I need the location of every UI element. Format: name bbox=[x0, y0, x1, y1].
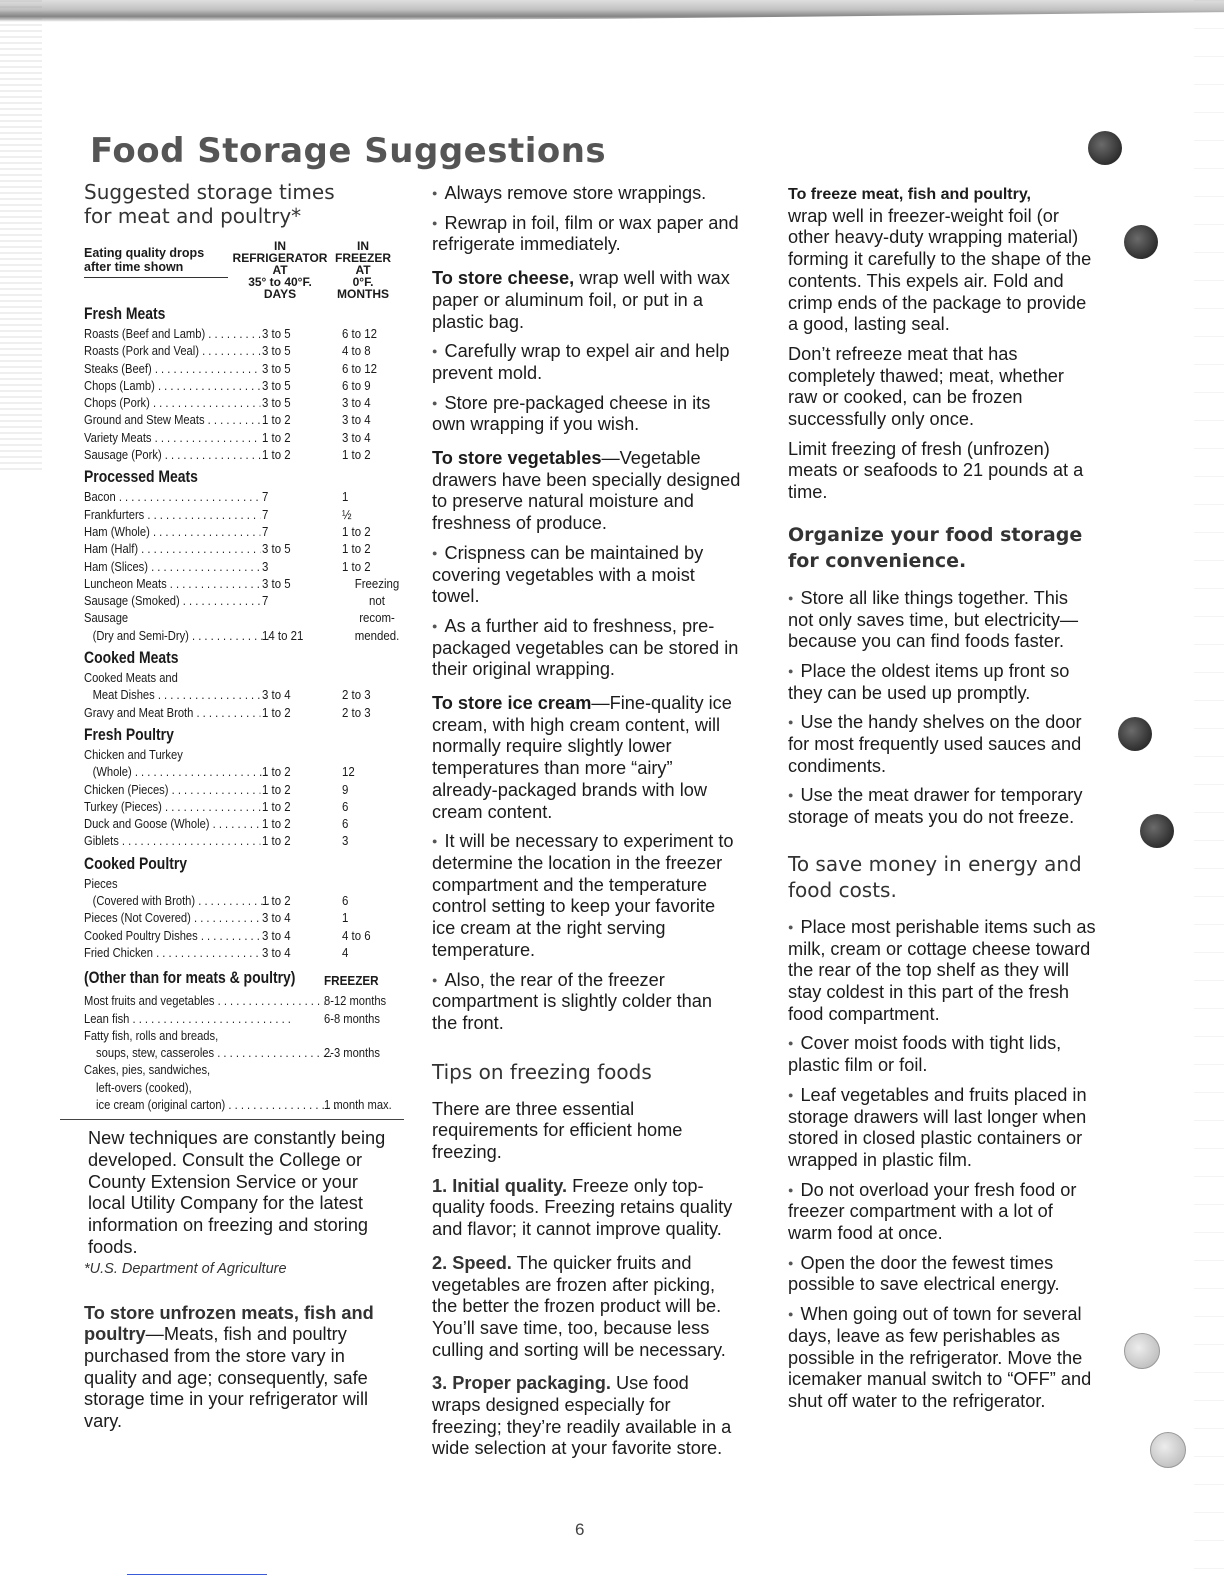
binder-hole-icon bbox=[1150, 1432, 1186, 1468]
refrigerator-days bbox=[262, 609, 332, 626]
refrigerator-days: 7 bbox=[262, 488, 332, 505]
tip-item: 1. Initial quality. Freeze only top-qual… bbox=[432, 1176, 742, 1241]
scan-edge-right bbox=[1194, 0, 1224, 1584]
food-item: Cakes, pies, sandwiches, bbox=[84, 1061, 325, 1078]
food-item: Ground and Stew Meats . . . . . . . . . … bbox=[84, 411, 260, 428]
freezer-months bbox=[342, 746, 404, 763]
binder-hole-icon bbox=[1124, 225, 1158, 259]
freezer-months: 2 to 3 bbox=[342, 686, 404, 703]
freezer-months: 1 to 2 bbox=[342, 540, 404, 557]
food-item: Sausage bbox=[84, 609, 260, 626]
food-item: Roasts (Beef and Lamb) . . . . . . . . .… bbox=[84, 325, 260, 342]
table-row: Pieces (Not Covered) . . . . . . . . . .… bbox=[84, 909, 394, 926]
bullet-item: When going out of town for several days,… bbox=[788, 1304, 1098, 1413]
food-item: Lean fish . . . . . . . . . . . . . . . … bbox=[84, 1010, 325, 1027]
freezer-duration bbox=[324, 1027, 401, 1044]
organize-heading: Organize your food storage for convenien… bbox=[788, 522, 1098, 574]
table-row: Cooked Meats and bbox=[84, 669, 394, 686]
food-item: Meat Dishes . . . . . . . . . . . . . . … bbox=[84, 686, 269, 703]
table-row: Cooked Poultry Dishes . . . . . . . . . … bbox=[84, 927, 394, 944]
refrigerator-days: 1 to 2 bbox=[262, 763, 332, 780]
refrigerator-days: 14 to 21 bbox=[262, 627, 332, 644]
table-row: Sausage (Pork) . . . . . . . . . . . . .… bbox=[84, 446, 394, 463]
freezer-duration: 8-12 months bbox=[324, 992, 401, 1009]
freezer-months bbox=[342, 669, 404, 686]
refrigerator-days: 3 to 5 bbox=[262, 540, 332, 557]
table-row: Ham (Half) . . . . . . . . . . . . . . .… bbox=[84, 540, 394, 557]
storage-tips-column: Always remove store wrappings. Rewrap in… bbox=[432, 183, 742, 1468]
table-category-heading: Processed Meats bbox=[84, 467, 338, 487]
food-item: Chicken (Pieces) . . . . . . . . . . . .… bbox=[84, 781, 260, 798]
refrigerator-days: 1 to 2 bbox=[262, 892, 332, 909]
binder-hole-icon bbox=[1140, 814, 1174, 848]
refrigerator-days bbox=[262, 875, 332, 892]
limit-paragraph: Limit freezing of fresh (unfrozen) meats… bbox=[788, 439, 1098, 504]
food-item: Steaks (Beef) . . . . . . . . . . . . . … bbox=[84, 360, 260, 377]
food-item: (Whole) . . . . . . . . . . . . . . . . … bbox=[84, 763, 269, 780]
food-item: (Dry and Semi-Dry) . . . . . . . . . . .… bbox=[84, 627, 269, 644]
freezer-months: Freezing bbox=[346, 575, 408, 592]
table-row: Turkey (Pieces) . . . . . . . . . . . . … bbox=[84, 798, 394, 815]
freezer-months: 3 to 4 bbox=[342, 411, 404, 428]
food-item: Fried Chicken . . . . . . . . . . . . . … bbox=[84, 944, 260, 961]
freezer-months: 1 bbox=[342, 909, 404, 926]
freezer-months: 1 to 2 bbox=[342, 523, 404, 540]
bullet-item: Cover moist foods with tight lids, plast… bbox=[788, 1033, 1098, 1076]
freezer-months: not bbox=[346, 592, 408, 609]
freezer-months: 4 bbox=[342, 944, 404, 961]
table-row: Lean fish . . . . . . . . . . . . . . . … bbox=[84, 1010, 394, 1027]
refrigerator-days: 3 to 5 bbox=[262, 394, 332, 411]
food-item: Cooked Meats and bbox=[84, 669, 260, 686]
food-item: Frankfurters . . . . . . . . . . . . . .… bbox=[84, 506, 260, 523]
table-row: Steaks (Beef) . . . . . . . . . . . . . … bbox=[84, 360, 394, 377]
freezer-months: 6 to 12 bbox=[342, 325, 404, 342]
food-item: Sausage (Smoked) . . . . . . . . . . . .… bbox=[84, 592, 260, 609]
table-row: Duck and Goose (Whole) . . . . . . . . .… bbox=[84, 815, 394, 832]
table-row: Frankfurters . . . . . . . . . . . . . .… bbox=[84, 506, 394, 523]
food-item: soups, stew, casseroles . . . . . . . . … bbox=[84, 1044, 337, 1061]
table-row: Most fruits and vegetables . . . . . . .… bbox=[84, 992, 394, 1009]
freezer-months: 6 bbox=[342, 892, 404, 909]
freezer-months: 3 bbox=[342, 832, 404, 849]
refrigerator-days bbox=[262, 669, 332, 686]
food-item: left-overs (cooked), bbox=[84, 1079, 337, 1096]
freezer-months: 4 to 6 bbox=[342, 927, 404, 944]
table-row: Sausage (Smoked) . . . . . . . . . . . .… bbox=[84, 592, 394, 609]
other-foods-table: Most fruits and vegetables . . . . . . .… bbox=[84, 992, 394, 1113]
table-category-heading: Fresh Poultry bbox=[84, 725, 338, 745]
bullet-item: Always remove store wrappings. bbox=[432, 183, 742, 205]
table-row: Fried Chicken . . . . . . . . . . . . . … bbox=[84, 944, 394, 961]
scan-edge-left bbox=[0, 0, 42, 470]
binder-hole-icon bbox=[1088, 131, 1122, 165]
refrigerator-column-header: IN REFRIGERATOR AT 35° to 40°F. DAYS bbox=[228, 240, 332, 300]
refrigerator-days: 1 to 2 bbox=[262, 429, 332, 446]
storage-table-body: Fresh MeatsRoasts (Beef and Lamb) . . . … bbox=[84, 304, 394, 961]
ice-cream-paragraph: To store ice cream—Fine-quality ice crea… bbox=[432, 693, 742, 823]
table-row: (Dry and Semi-Dry) . . . . . . . . . . .… bbox=[84, 627, 394, 644]
food-item: Turkey (Pieces) . . . . . . . . . . . . … bbox=[84, 798, 260, 815]
refrigerator-days: 3 bbox=[262, 558, 332, 575]
refrigerator-days: 1 to 2 bbox=[262, 411, 332, 428]
table-row: Ground and Stew Meats . . . . . . . . . … bbox=[84, 411, 394, 428]
freezer-months: 1 bbox=[342, 488, 404, 505]
bullet-item: Open the door the fewest times possible … bbox=[788, 1253, 1098, 1296]
binder-hole-icon bbox=[1118, 717, 1152, 751]
table-row: Gravy and Meat Broth . . . . . . . . . .… bbox=[84, 704, 394, 721]
table-row: Pieces bbox=[84, 875, 394, 892]
table-row: Fatty fish, rolls and breads, bbox=[84, 1027, 394, 1044]
table-row: Roasts (Beef and Lamb) . . . . . . . . .… bbox=[84, 325, 394, 342]
bullet-item: Store all like things together. This not… bbox=[788, 588, 1098, 653]
table-row: (Covered with Broth) . . . . . . . . . .… bbox=[84, 892, 394, 909]
other-foods-header: (Other than for meats & poultry) FREEZER bbox=[84, 967, 394, 992]
food-item: Luncheon Meats . . . . . . . . . . . . .… bbox=[84, 575, 260, 592]
refrigerator-days bbox=[262, 746, 332, 763]
refrigerator-days: 3 to 5 bbox=[262, 575, 332, 592]
bullet-item: It will be necessary to experiment to de… bbox=[432, 831, 742, 961]
food-item: Giblets . . . . . . . . . . . . . . . . … bbox=[84, 832, 260, 849]
bullet-item: Place most perishable items such as milk… bbox=[788, 917, 1098, 1026]
table-row: Chicken (Pieces) . . . . . . . . . . . .… bbox=[84, 781, 394, 798]
food-item: (Covered with Broth) . . . . . . . . . .… bbox=[84, 892, 269, 909]
freezer-months: 2 to 3 bbox=[342, 704, 404, 721]
freezer-months: 1 to 2 bbox=[342, 446, 404, 463]
bullet-item: Carefully wrap to expel air and help pre… bbox=[432, 341, 742, 384]
table-row: Bacon . . . . . . . . . . . . . . . . . … bbox=[84, 488, 394, 505]
refrigerator-days: 3 to 4 bbox=[262, 686, 332, 703]
food-item: Duck and Goose (Whole) . . . . . . . . .… bbox=[84, 815, 260, 832]
refrigerator-days: 3 to 5 bbox=[262, 377, 332, 394]
tip-item: 2. Speed. The quicker fruits and vegetab… bbox=[432, 1253, 742, 1362]
refrigerator-days: 3 to 5 bbox=[262, 342, 332, 359]
table-row: Ham (Slices) . . . . . . . . . . . . . .… bbox=[84, 558, 394, 575]
refrigerator-days: 1 to 2 bbox=[262, 704, 332, 721]
food-item: Chops (Pork) . . . . . . . . . . . . . .… bbox=[84, 394, 260, 411]
refrigerator-days: 1 to 2 bbox=[262, 798, 332, 815]
bullet-item: As a further aid to freshness, pre-packa… bbox=[432, 616, 742, 681]
bullet-item: Use the meat drawer for temporary storag… bbox=[788, 785, 1098, 828]
bullet-item: Place the oldest items up front so they … bbox=[788, 661, 1098, 704]
freezer-months: 6 bbox=[342, 798, 404, 815]
refrigerator-days: 1 to 2 bbox=[262, 815, 332, 832]
freezer-months: 6 to 12 bbox=[342, 360, 404, 377]
save-money-heading: To save money in energy and food costs. bbox=[788, 851, 1098, 903]
bullet-item: Do not overload your fresh food or freez… bbox=[788, 1180, 1098, 1245]
table-row: Giblets . . . . . . . . . . . . . . . . … bbox=[84, 832, 394, 849]
freezer-duration: 2-3 months bbox=[324, 1044, 401, 1061]
table-row: Chicken and Turkey bbox=[84, 746, 394, 763]
scan-artifact-line bbox=[127, 1574, 267, 1575]
refrigerator-days: 3 to 4 bbox=[262, 909, 332, 926]
food-item: Fatty fish, rolls and breads, bbox=[84, 1027, 325, 1044]
storage-times-column: Suggested storage times for meat and pou… bbox=[84, 180, 394, 1441]
extension-service-note: New techniques are constantly being deve… bbox=[84, 1128, 394, 1258]
bullet-item: Rewrap in foil, film or wax paper and re… bbox=[432, 213, 742, 256]
food-item: Ham (Slices) . . . . . . . . . . . . . .… bbox=[84, 558, 260, 575]
freezer-months: 6 bbox=[342, 815, 404, 832]
freezer-months: 3 to 4 bbox=[342, 394, 404, 411]
tip-item: 3. Proper packaging. Use food wraps desi… bbox=[432, 1373, 742, 1460]
table-row: Chops (Lamb) . . . . . . . . . . . . . .… bbox=[84, 377, 394, 394]
food-item: Gravy and Meat Broth . . . . . . . . . .… bbox=[84, 704, 260, 721]
refrigerator-days: 3 to 5 bbox=[262, 325, 332, 342]
table-row: ice cream (original carton) . . . . . . … bbox=[84, 1096, 394, 1113]
refreeze-paragraph: Don’t refreeze meat that has completely … bbox=[788, 344, 1098, 431]
table-row: (Whole) . . . . . . . . . . . . . . . . … bbox=[84, 763, 394, 780]
freezer-months: ½ bbox=[342, 506, 404, 523]
freezer-column-header: IN FREEZER AT 0°F. MONTHS bbox=[332, 240, 394, 300]
food-item: Variety Meats . . . . . . . . . . . . . … bbox=[84, 429, 260, 446]
cheese-paragraph: To store cheese, wrap well with wax pape… bbox=[432, 268, 742, 333]
scan-edge-top bbox=[0, 0, 1224, 22]
food-item: Pieces (Not Covered) . . . . . . . . . .… bbox=[84, 909, 260, 926]
freezer-months: recom- bbox=[346, 609, 408, 626]
bullet-item: Leaf vegetables and fruits placed in sto… bbox=[788, 1085, 1098, 1172]
freezing-and-organize-column: To freeze meat, fish and poultry, wrap w… bbox=[788, 183, 1098, 1421]
food-item: Most fruits and vegetables . . . . . . .… bbox=[84, 992, 325, 1009]
table-category-heading: Cooked Meats bbox=[84, 648, 338, 668]
unfrozen-meats-paragraph: To store unfrozen meats, fish and poultr… bbox=[84, 1303, 394, 1433]
usda-footnote: *U.S. Department of Agriculture bbox=[84, 1261, 394, 1277]
freezer-months: 6 to 9 bbox=[342, 377, 404, 394]
freezer-duration: 6-8 months bbox=[324, 1010, 401, 1027]
freezer-duration: 1 month max. bbox=[324, 1096, 401, 1113]
table-row: Luncheon Meats . . . . . . . . . . . . .… bbox=[84, 575, 394, 592]
food-item: Cooked Poultry Dishes . . . . . . . . . … bbox=[84, 927, 260, 944]
divider bbox=[60, 1119, 404, 1120]
storage-table-heading: Suggested storage times for meat and pou… bbox=[84, 180, 394, 228]
refrigerator-days: 7 bbox=[262, 592, 332, 609]
food-item: Sausage (Pork) . . . . . . . . . . . . .… bbox=[84, 446, 260, 463]
table-row: soups, stew, casseroles . . . . . . . . … bbox=[84, 1044, 394, 1061]
food-item: ice cream (original carton) . . . . . . … bbox=[84, 1096, 337, 1113]
table-category-heading: Fresh Meats bbox=[84, 304, 338, 324]
page-title: Food Storage Suggestions bbox=[90, 131, 606, 171]
food-item: Ham (Half) . . . . . . . . . . . . . . .… bbox=[84, 540, 260, 557]
table-row: Chops (Pork) . . . . . . . . . . . . . .… bbox=[84, 394, 394, 411]
freezer-months: 4 to 8 bbox=[342, 342, 404, 359]
table-row: Meat Dishes . . . . . . . . . . . . . . … bbox=[84, 686, 394, 703]
bullet-item: Store pre-packaged cheese in its own wra… bbox=[432, 393, 742, 436]
table-category-heading: Cooked Poultry bbox=[84, 854, 338, 874]
table-row: Sausagerecom- bbox=[84, 609, 394, 626]
refrigerator-days: 3 to 4 bbox=[262, 944, 332, 961]
refrigerator-days: 3 to 4 bbox=[262, 927, 332, 944]
page-number: 6 bbox=[575, 1520, 584, 1540]
table-row: Cakes, pies, sandwiches, bbox=[84, 1061, 394, 1078]
freezer-months: 3 to 4 bbox=[342, 429, 404, 446]
table-row: left-overs (cooked), bbox=[84, 1079, 394, 1096]
food-item: Chicken and Turkey bbox=[84, 746, 260, 763]
food-item: Pieces bbox=[84, 875, 260, 892]
food-item: Bacon . . . . . . . . . . . . . . . . . … bbox=[84, 488, 260, 505]
freezer-months: 12 bbox=[342, 763, 404, 780]
bullet-item: Also, the rear of the freezer compartmen… bbox=[432, 970, 742, 1035]
freezer-duration bbox=[324, 1061, 401, 1078]
food-item: Chops (Lamb) . . . . . . . . . . . . . .… bbox=[84, 377, 260, 394]
freezer-months: 9 bbox=[342, 781, 404, 798]
bullet-item: Crispness can be maintained by covering … bbox=[432, 543, 742, 608]
tips-heading: Tips on freezing foods bbox=[432, 1059, 742, 1085]
refrigerator-days: 1 to 2 bbox=[262, 781, 332, 798]
refrigerator-days: 1 to 2 bbox=[262, 832, 332, 849]
storage-table-header: Eating quality drops after time shown IN… bbox=[84, 240, 394, 300]
tips-intro: There are three essential requirements f… bbox=[432, 1099, 742, 1164]
freezer-months: 1 to 2 bbox=[342, 558, 404, 575]
vegetables-paragraph: To store vegetables—Vegetable drawers ha… bbox=[432, 448, 742, 535]
refrigerator-days: 7 bbox=[262, 523, 332, 540]
food-item: Roasts (Pork and Veal) . . . . . . . . .… bbox=[84, 342, 260, 359]
table-caption: Eating quality drops after time shown bbox=[84, 246, 228, 300]
refrigerator-days: 1 to 2 bbox=[262, 446, 332, 463]
freezer-months: mended. bbox=[346, 627, 408, 644]
bullet-item: Use the handy shelves on the door for mo… bbox=[788, 712, 1098, 777]
freezer-months bbox=[342, 875, 404, 892]
refrigerator-days: 3 to 5 bbox=[262, 360, 332, 377]
binder-hole-icon bbox=[1124, 1333, 1160, 1369]
table-row: Ham (Whole) . . . . . . . . . . . . . . … bbox=[84, 523, 394, 540]
freeze-meat-paragraph: To freeze meat, fish and poultry, wrap w… bbox=[788, 183, 1098, 336]
table-row: Roasts (Pork and Veal) . . . . . . . . .… bbox=[84, 342, 394, 359]
freezer-duration bbox=[324, 1079, 401, 1096]
food-item: Ham (Whole) . . . . . . . . . . . . . . … bbox=[84, 523, 260, 540]
refrigerator-days: 7 bbox=[262, 506, 332, 523]
table-row: Variety Meats . . . . . . . . . . . . . … bbox=[84, 429, 394, 446]
